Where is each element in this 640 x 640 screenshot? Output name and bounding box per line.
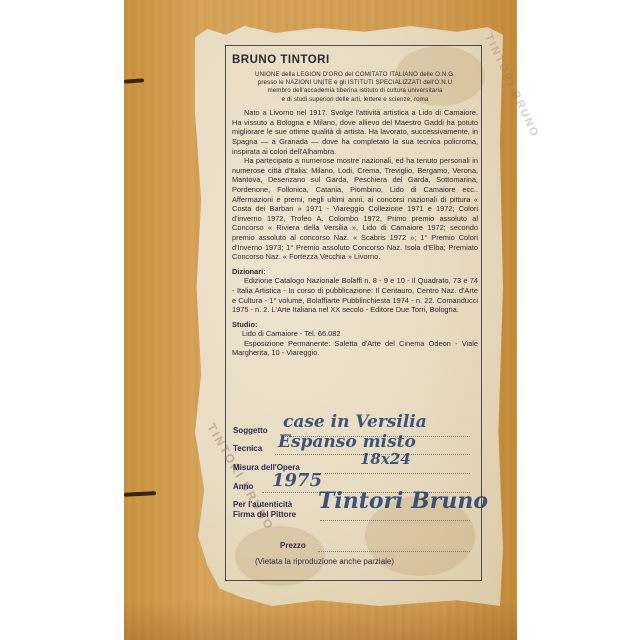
prezzo-line [318,551,470,552]
dizionari-text: Edizione Catalogo Nazionale Bolaffi n. 8… [232,276,478,314]
affiliation-line: presso le NAZIONI UNITE e gli ISTITUTI S… [232,79,478,87]
anno-handwritten: 1975 [272,470,322,491]
studio-heading: Studio: [232,320,478,330]
anno-label: Anno [233,482,253,491]
soggetto-label: Soggetto [233,426,268,435]
misura-line [325,473,470,474]
studio-line-1: Lido di Camaiore - Tel. 66.082 [232,329,478,339]
misura-handwritten: 18x24 [360,450,411,468]
firma-label: Firma del Pittore [233,510,296,519]
autenticita-label: Per l'autenticità [233,500,292,509]
bio-paragraph-1: Nato a Livorno nel 1917. Svolge l'attivi… [232,108,478,156]
artist-signature: Tintori Bruno [318,488,488,514]
soggetto-handwritten: case in Versilia [283,412,427,432]
tecnica-label: Tecnica [233,444,262,453]
bio-paragraph-2: Ha partecipato a numerose mostre naziona… [232,156,478,262]
prezzo-label: Prezzo [280,541,306,550]
wood-shadow [124,600,517,640]
reproduction-notice: (Vietata la riproduzione anche parziale) [255,557,394,566]
label-content: BRUNO TINTORI UNIONE della LEGION D'ORO … [232,52,478,358]
artist-name: BRUNO TINTORI [232,56,478,66]
dizionari-heading: Dizionari: [232,267,478,277]
affiliation-line: membro dell'accademia tiberina istituto … [232,87,478,95]
affiliation-line: UNIONE della LEGION D'ORO del COMITATO I… [232,71,478,79]
affiliation-line: e di studi superiori delle arti, lettere… [232,96,478,104]
tecnica-handwritten: Espanso misto [278,432,416,452]
studio-line-2: Esposizione Permanente: Saletta d'Arte d… [232,339,478,358]
firma-line [320,520,470,521]
